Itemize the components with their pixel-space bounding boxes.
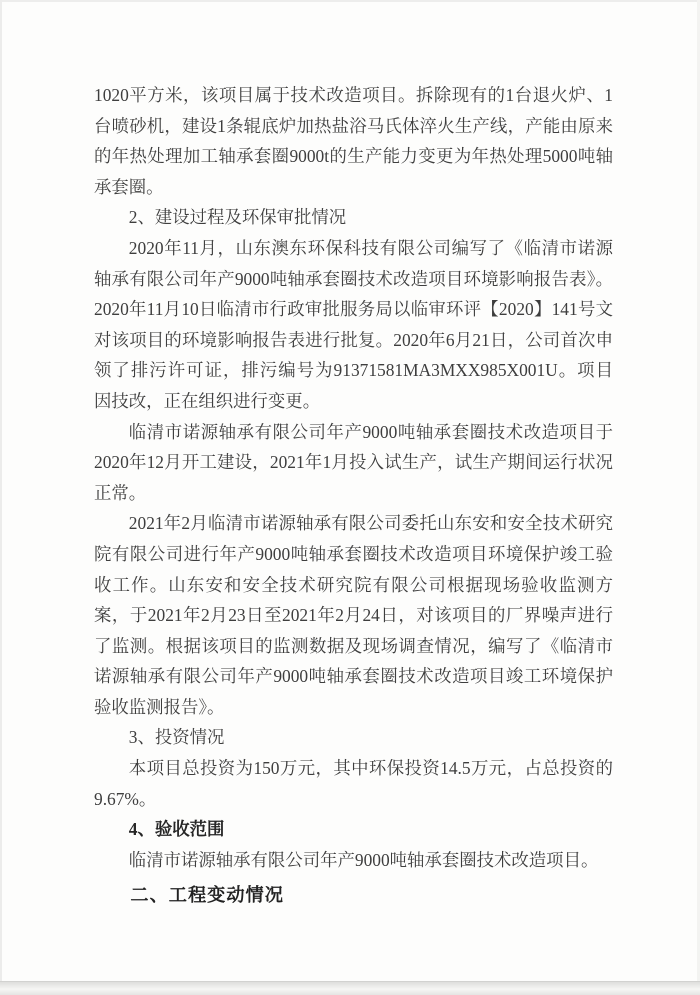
heading-acceptance-scope: 4、验收范围 [94,814,613,845]
paragraph-capacity-change: 1020平方米，该项目属于技术改造项目。拆除现有的1台退火炉、1台喷砂机，建设1… [94,80,613,202]
paragraph-investment: 本项目总投资为150万元，其中环保投资14.5万元，占总投资的9.67%。 [94,753,613,814]
paragraph-acceptance-monitoring: 2021年2月临清市诺源轴承有限公司委托山东安和安全技术研究院有限公司进行年产9… [94,508,613,722]
heading-investment: 3、投资情况 [94,722,613,753]
page-bottom-scan-shadow [0,981,700,995]
scan-edge-top [0,0,700,2]
paragraph-env-approval: 2020年11月，山东澳东环保科技有限公司编写了《临清市诺源轴承有限公司年产90… [94,233,613,417]
heading-construction-approval: 2、建设过程及环保审批情况 [94,202,613,233]
document-page: 1020平方米，该项目属于技术改造项目。拆除现有的1台退火炉、1台喷砂机，建设1… [0,0,700,995]
paragraph-construction-timeline: 临清市诺源轴承有限公司年产9000吨轴承套圈技术改造项目于2020年12月开工建… [94,417,613,509]
heading-project-changes: 二、工程变动情况 [94,880,613,911]
scan-edge-left [0,0,2,995]
document-text-area: 1020平方米，该项目属于技术改造项目。拆除现有的1台退火炉、1台喷砂机，建设1… [94,80,613,911]
paragraph-acceptance-scope: 临清市诺源轴承有限公司年产9000吨轴承套圈技术改造项目。 [94,845,613,876]
